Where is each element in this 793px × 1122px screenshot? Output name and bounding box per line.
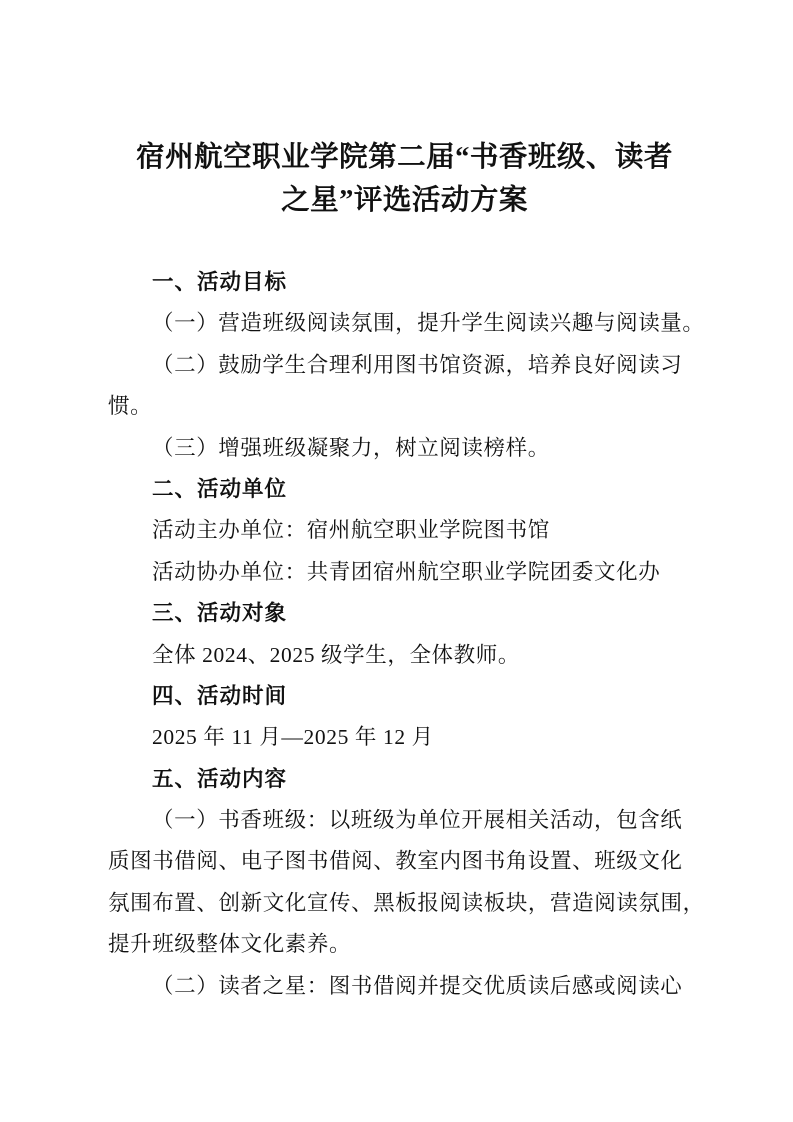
- document-line: 活动协办单位：共青团宿州航空职业学院团委文化办: [108, 552, 705, 593]
- document-line: （一）书香班级：以班级为单位开展相关活动，包含纸: [108, 800, 705, 841]
- document-line: 质图书借阅、电子图书借阅、教室内图书角设置、班级文化: [108, 841, 705, 882]
- document-line: （三）增强班级凝聚力，树立阅读榜样。: [108, 428, 705, 469]
- section-heading: 二、活动单位: [108, 469, 705, 510]
- document-title-line-1: 宿州航空职业学院第二届“书香班级、读者: [104, 136, 705, 179]
- document-body: 一、活动目标（一）营造班级阅读氛围，提升学生阅读兴趣与阅读量。（二）鼓励学生合理…: [108, 262, 705, 1007]
- document-page: 宿州航空职业学院第二届“书香班级、读者 之星”评选活动方案 一、活动目标（一）营…: [0, 0, 793, 1122]
- document-line: 提升班级整体文化素养。: [108, 924, 705, 965]
- section-heading: 五、活动内容: [108, 759, 705, 800]
- section-heading: 一、活动目标: [108, 262, 705, 303]
- document-line: 全体 2024、2025 级学生，全体教师。: [108, 635, 705, 676]
- document-line: 活动主办单位：宿州航空职业学院图书馆: [108, 510, 705, 551]
- document-title-line-2: 之星”评选活动方案: [104, 179, 705, 222]
- document-line: 2025 年 11 月—2025 年 12 月: [108, 717, 705, 758]
- document-line: （二）读者之星：图书借阅并提交优质读后感或阅读心: [108, 966, 705, 1007]
- document-line: （一）营造班级阅读氛围，提升学生阅读兴趣与阅读量。: [108, 303, 705, 344]
- document-line: 氛围布置、创新文化宣传、黑板报阅读板块，营造阅读氛围，: [108, 883, 705, 924]
- section-heading: 四、活动时间: [108, 676, 705, 717]
- section-heading: 三、活动对象: [108, 593, 705, 634]
- document-title: 宿州航空职业学院第二届“书香班级、读者 之星”评选活动方案: [104, 136, 705, 222]
- document-line: 惯。: [108, 386, 705, 427]
- document-line: （二）鼓励学生合理利用图书馆资源，培养良好阅读习: [108, 345, 705, 386]
